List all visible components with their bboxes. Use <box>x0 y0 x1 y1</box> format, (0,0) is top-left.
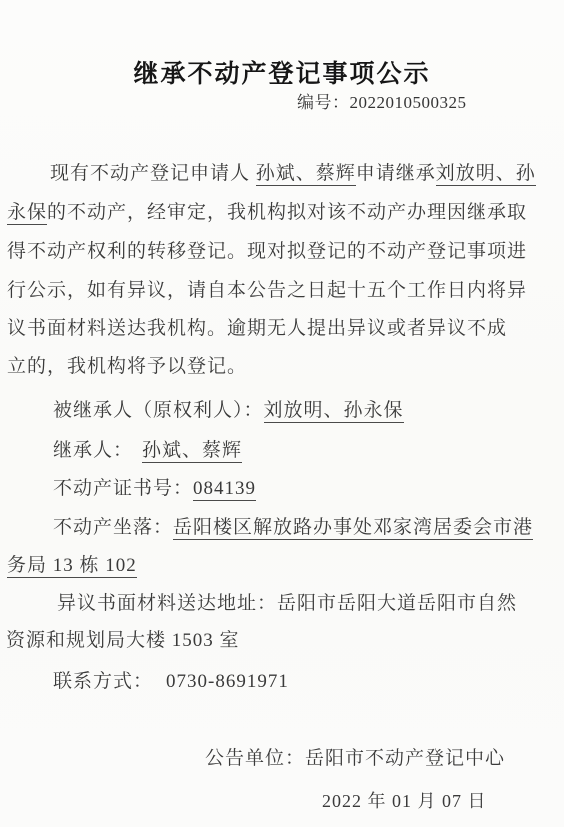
field-objection-address-continued: 资源和规划局大楼 1503 室 <box>6 629 240 653</box>
decedents-names-part1: 刘放明、孙 <box>436 163 536 186</box>
doc-number-line: 编号：2022010500325 <box>297 88 467 113</box>
field-location-continued: 务局 13 栋 102 <box>7 554 137 578</box>
field-objection-address-label: 异议书面材料送达地址： <box>57 593 277 614</box>
paragraph-line-4: 行公示，如有异议，请自本公告之日起十五个工作日内将异 <box>7 279 527 303</box>
notice-document: 继承不动产登记事项公示 编号：2022010500325 现有不动产登记申请人 … <box>0 0 564 827</box>
decedents-names-part2: 永保 <box>7 202 47 225</box>
field-certificate: 不动产证书号：084139 <box>53 477 256 501</box>
paragraph-text: 现有不动产登记申请人 <box>50 163 256 184</box>
paragraph-line-3: 得不动产权利的转移登记。现对拟登记的不动产登记事项进 <box>7 240 527 264</box>
paragraph-line-6: 立的，我机构将予以登记。 <box>7 355 247 379</box>
page-title: 继承不动产登记事项公示 <box>0 54 564 90</box>
field-location-label: 不动产坐落： <box>53 517 173 538</box>
field-location-value-line1: 岳阳楼区解放路办事处邓家湾居委会市港 <box>173 517 533 540</box>
field-heir-label: 继承人： <box>53 440 133 461</box>
field-heir-value: 孙斌、蔡辉 <box>142 440 242 463</box>
paragraph-text: 的不动产，经审定，我机构拟对该不动产办理因继承取 <box>47 202 527 223</box>
field-contact: 联系方式：0730-8691971 <box>53 670 289 694</box>
field-objection-address: 异议书面材料送达地址：岳阳市岳阳大道岳阳市自然 <box>57 592 517 616</box>
field-heir: 继承人：孙斌、蔡辉 <box>53 439 242 463</box>
applicants-names: 孙斌、蔡辉 <box>256 163 356 186</box>
field-certificate-label: 不动产证书号： <box>53 478 193 499</box>
paragraph-text: 申请继承 <box>356 163 436 184</box>
footer-date: 2022 年 01 月 07 日 <box>322 789 487 813</box>
field-location-value-line2: 务局 13 栋 102 <box>7 555 137 578</box>
field-contact-label: 联系方式： <box>53 671 153 692</box>
field-location: 不动产坐落：岳阳楼区解放路办事处邓家湾居委会市港 <box>53 516 533 540</box>
field-decedent-value: 刘放明、孙永保 <box>264 400 404 423</box>
paragraph-line-2: 永保的不动产，经审定，我机构拟对该不动产办理因继承取 <box>7 201 527 225</box>
field-objection-address-value-line1: 岳阳市岳阳大道岳阳市自然 <box>277 593 517 614</box>
paragraph-line-5: 议书面材料送达我机构。逾期无人提出异议或者异议不成 <box>7 317 507 341</box>
field-decedent-label: 被继承人（原权利人）： <box>53 400 264 421</box>
field-decedent: 被继承人（原权利人）：刘放明、孙永保 <box>53 399 404 423</box>
footer-issuer-label: 公告单位： <box>205 748 305 769</box>
doc-number-label: 编号： <box>297 93 350 112</box>
field-contact-value: 0730-8691971 <box>166 671 289 692</box>
paragraph-line-1: 现有不动产登记申请人 孙斌、蔡辉申请继承刘放明、孙 <box>50 162 536 186</box>
doc-number-value: 2022010500325 <box>350 93 467 112</box>
footer-issuer-value: 岳阳市不动产登记中心 <box>305 748 505 769</box>
footer-issuer: 公告单位：岳阳市不动产登记中心 <box>205 747 505 771</box>
field-certificate-value: 084139 <box>193 478 256 501</box>
